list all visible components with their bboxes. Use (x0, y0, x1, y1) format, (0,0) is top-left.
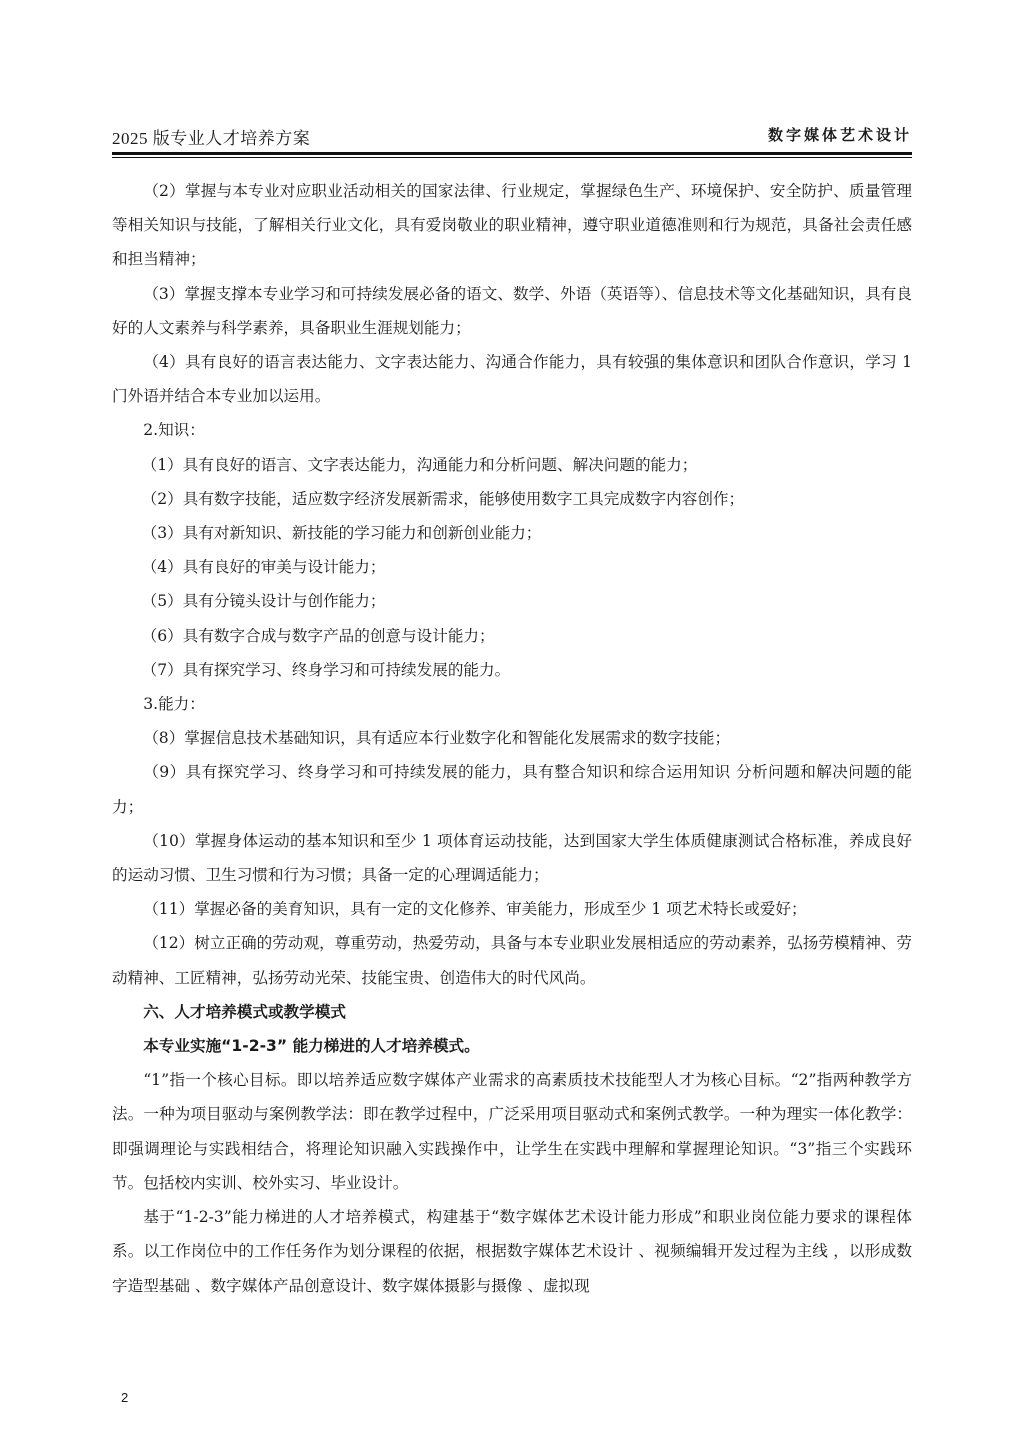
page-header: 2025 版专业人才培养方案 数字媒体艺术设计 (112, 124, 912, 150)
document-body: （2）掌握与本专业对应职业活动相关的国家法律、行业规定，掌握绿色生产、环境保护、… (112, 174, 912, 1303)
ability-title: 3.能力： (112, 687, 912, 721)
knowledge-item-7: （7）具有探究学习、终身学习和可持续发展的能力。 (112, 653, 912, 687)
section-6-heading: 六、人才培养模式或教学模式 (112, 995, 912, 1029)
header-rule-thick (112, 152, 912, 155)
quality-item-4: （4）具有良好的语言表达能力、文字表达能力、沟通合作能力，具有较强的集体意识和团… (112, 345, 912, 413)
section-6-paragraph-1: “1”指一个核心目标。即以培养适应数字媒体产业需求的高素质技术技能型人才为核心目… (112, 1063, 912, 1200)
knowledge-item-1: （1）具有良好的语言、文字表达能力，沟通能力和分析问题、解决问题的能力； (112, 448, 912, 482)
ability-item-8: （8）掌握信息技术基础知识，具有适应本行业数字化和智能化发展需求的数字技能； (112, 721, 912, 755)
header-rule-thin (112, 157, 912, 158)
knowledge-item-4: （4）具有良好的审美与设计能力； (112, 550, 912, 584)
ability-item-11: （11）掌握必备的美育知识，具有一定的文化修养、审美能力，形成至少 1 项艺术特… (112, 892, 912, 926)
knowledge-item-6: （6）具有数字合成与数字产品的创意与设计能力； (112, 619, 912, 653)
ability-item-10: （10）掌握身体运动的基本知识和至少 1 项体育运动技能，达到国家大学生体质健康… (112, 824, 912, 892)
page-number: 2 (121, 1390, 128, 1405)
quality-item-2: （2）掌握与本专业对应职业活动相关的国家法律、行业规定，掌握绿色生产、环境保护、… (112, 174, 912, 277)
knowledge-item-3: （3）具有对新知识、新技能的学习能力和创新创业能力； (112, 516, 912, 550)
knowledge-title: 2.知识： (112, 413, 912, 447)
knowledge-item-5: （5）具有分镜头设计与创作能力； (112, 584, 912, 618)
knowledge-item-2: （2）具有数字技能，适应数字经济发展新需求，能够使用数字工具完成数字内容创作； (112, 482, 912, 516)
section-6-subheading: 本专业实施“1-2-3” 能力梯进的人才培养模式。 (112, 1029, 912, 1063)
ability-item-9: （9）具有探究学习、终身学习和可持续发展的能力，具有整合知识和综合运用知识 分析… (112, 755, 912, 823)
ability-item-12: （12）树立正确的劳动观，尊重劳动，热爱劳动，具备与本专业职业发展相适应的劳动素… (112, 926, 912, 994)
header-document-title: 2025 版专业人才培养方案 (112, 124, 310, 149)
section-6-paragraph-2: 基于“1-2-3”能力梯进的人才培养模式，构建基于“数字媒体艺术设计能力形成”和… (112, 1200, 912, 1303)
header-major-name: 数字媒体艺术设计 (768, 124, 912, 145)
quality-item-3: （3）掌握支撑本专业学习和可持续发展必备的语文、数学、外语（英语等）、信息技术等… (112, 277, 912, 345)
